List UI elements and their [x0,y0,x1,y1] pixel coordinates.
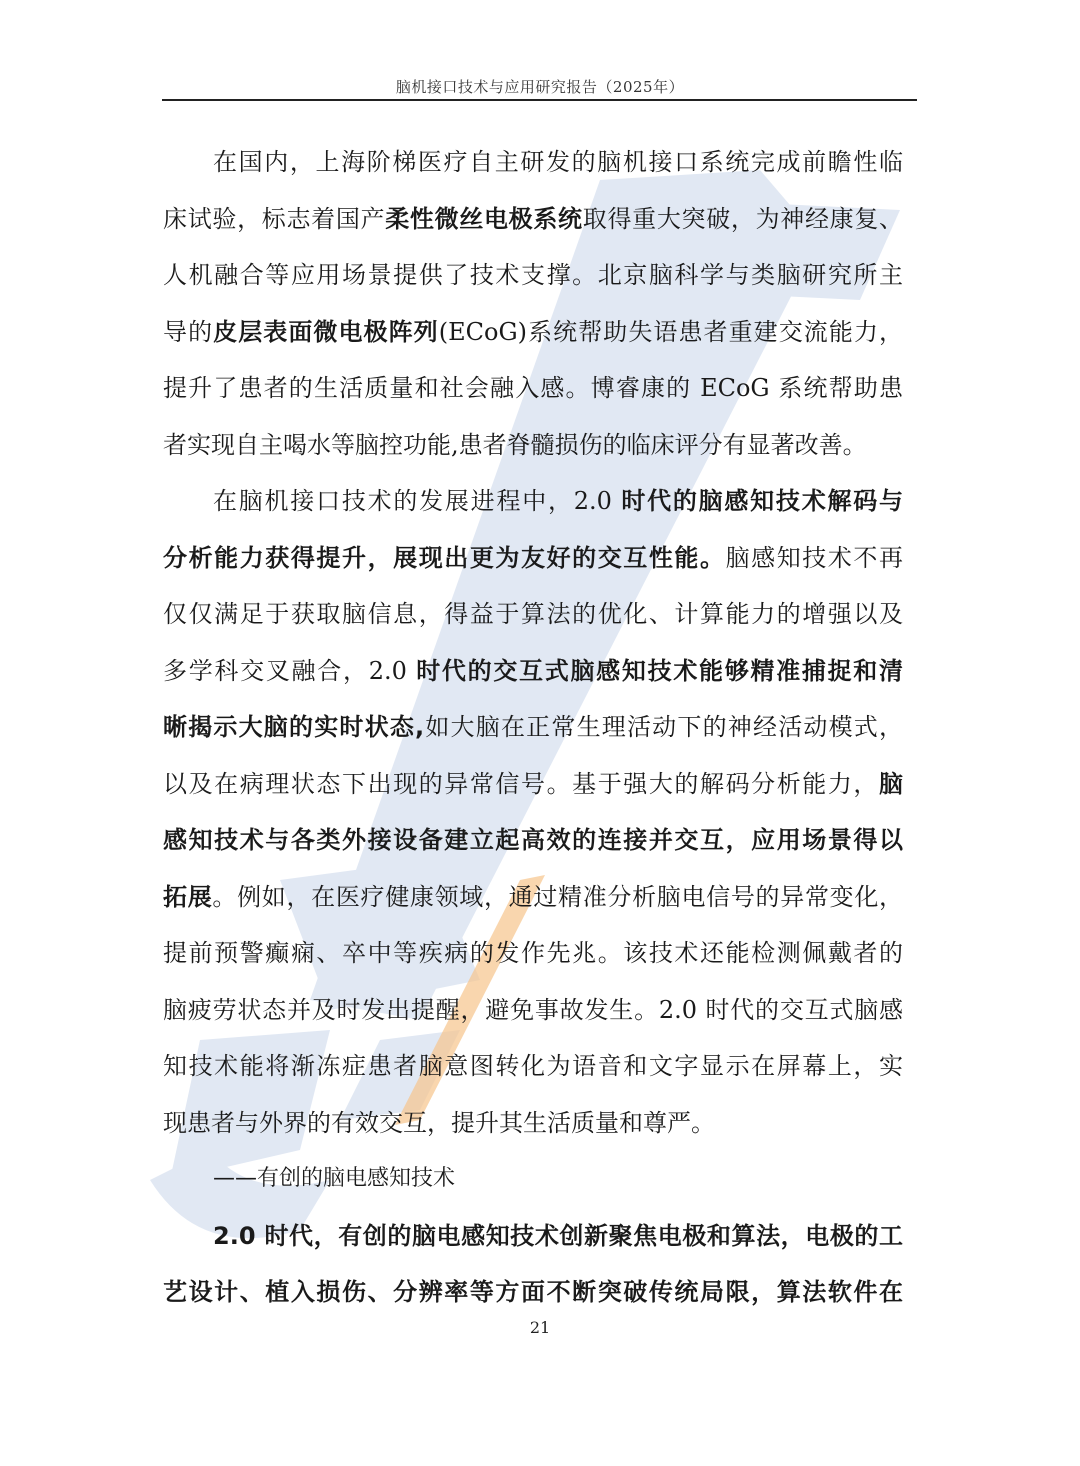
text-run: 仅仅满足于获取脑信息，得益于算法的优化、计算能力的增强以及 [163,600,903,628]
text-run: 在脑机接口技术的发展进程中，2.0 [213,487,621,515]
text-line: 提前预警癫痫、卒中等疾病的发作先兆。该技术还能检测佩戴者的 [163,931,903,988]
text-line: 知技术能将渐冻症患者脑意图转化为语音和文字显示在屏幕上，实 [163,1044,903,1101]
text-line: 晰揭示大脑的实时状态,如大脑在正常生理活动下的神经活动模式， [163,705,903,762]
text-line: 艺设计、植入损伤、分辨率等方面不断突破传统局限，算法软件在 [163,1270,903,1327]
text-run: 以及在病理状态下出现的异常信号。基于强大的解码分析能力， [163,770,879,798]
text-run: 多学科交叉融合，2.0 [163,657,416,685]
text-run: 取得重大突破，为神经康复、 [583,205,903,233]
text-run: 提升了患者的生活质量和社会融入感。博睿康的 ECoG 系统帮助患 [163,374,903,402]
section-subheading: ——有创的脑电感知技术 [163,1157,903,1214]
bold-text: 感知技术与各类外接设备建立起高效的连接并交互，应用场景得以 [163,826,903,854]
text-line: 多学科交叉融合，2.0 时代的交互式脑感知技术能够精准捕捉和清 [163,649,903,706]
paragraph-domestic-progress: 在国内，上海阶梯医疗自主研发的脑机接口系统完成前瞻性临床试验，标志着国产柔性微丝… [163,140,903,479]
header-title: 脑机接口技术与应用研究报告（2025年） [160,76,920,97]
text-line: 现患者与外界的有效交互，提升其生活质量和尊严。 [163,1101,903,1158]
text-line: 提升了患者的生活质量和社会融入感。博睿康的 ECoG 系统帮助患 [163,366,903,423]
text-run: 提前预警癫痫、卒中等疾病的发作先兆。该技术还能检测佩戴者的 [163,939,903,967]
bold-text: 皮层表面微电极阵列 [213,318,439,346]
text-line: 感知技术与各类外接设备建立起高效的连接并交互，应用场景得以 [163,818,903,875]
text-line: 导的皮层表面微电极阵列(ECoG)系统帮助失语患者重建交流能力， [163,310,903,367]
paragraph-invasive-eeg: 2.0 时代，有创的脑电感知技术创新聚焦电极和算法，电极的工艺设计、植入损伤、分… [163,1214,903,1327]
text-line: 床试验，标志着国产柔性微丝电极系统取得重大突破，为神经康复、 [163,197,903,254]
text-run: 知技术能将渐冻症患者脑意图转化为语音和文字显示在屏幕上，实 [163,1052,903,1080]
text-line: 在国内，上海阶梯医疗自主研发的脑机接口系统完成前瞻性临 [163,140,903,197]
text-line: 以及在病理状态下出现的异常信号。基于强大的解码分析能力，脑 [163,762,903,819]
bold-text: 拓展 [163,883,212,911]
text-run: 。例如，在医疗健康领域，通过精准分析脑电信号的异常变化， [212,883,903,911]
text-line: 仅仅满足于获取脑信息，得益于算法的优化、计算能力的增强以及 [163,592,903,649]
text-run: (ECoG)系统帮助失语患者重建交流能力， [439,318,903,346]
text-line: 2.0 时代，有创的脑电感知技术创新聚焦电极和算法，电极的工 [163,1214,903,1271]
text-run: 如大脑在正常生理活动下的神经活动模式， [424,713,903,741]
text-line: 脑疲劳状态并及时发出提醒，避免事故发生。2.0 时代的交互式脑感 [163,988,903,1045]
bold-text: 晰揭示大脑的实时状态, [163,713,424,741]
text-run: 导的 [163,318,213,346]
text-run: 脑疲劳状态并及时发出提醒，避免事故发生。2.0 时代的交互式脑感 [163,996,903,1024]
text-line: 分析能力获得提升，展现出更为友好的交互性能。脑感知技术不再 [163,536,903,593]
text-run: 现患者与外界的有效交互，提升其生活质量和尊严。 [163,1109,715,1137]
bold-text: 脑 [879,770,903,798]
bold-text: 分析能力获得提升，展现出更为友好的交互性能。 [163,544,726,572]
header-divider [162,99,917,101]
bold-text: 时代的交互式脑感知技术能够精准捕捉和清 [416,657,903,685]
text-run: 者实现自主喝水等脑控功能,患者脊髓损伤的临床评分有显著改善。 [163,431,867,459]
text-run: 脑感知技术不再 [726,544,903,572]
text-line: 在脑机接口技术的发展进程中，2.0 时代的脑感知技术解码与 [163,479,903,536]
bold-text: 时代的脑感知技术解码与 [621,487,903,515]
bold-text: 2.0 时代，有创的脑电感知技术创新聚焦电极和算法，电极的工 [213,1222,903,1250]
text-line: 者实现自主喝水等脑控功能,患者脊髓损伤的临床评分有显著改善。 [163,423,903,480]
text-run: 人机融合等应用场景提供了技术支撑。北京脑科学与类脑研究所主 [163,261,903,289]
text-run: 床试验，标志着国产 [163,205,385,233]
text-line: 拓展。例如，在医疗健康领域，通过精准分析脑电信号的异常变化， [163,875,903,932]
document-body: 在国内，上海阶梯医疗自主研发的脑机接口系统完成前瞻性临床试验，标志着国产柔性微丝… [163,140,903,1327]
bold-text: 柔性微丝电极系统 [385,205,583,233]
text-line: 人机融合等应用场景提供了技术支撑。北京脑科学与类脑研究所主 [163,253,903,310]
text-run: 在国内，上海阶梯医疗自主研发的脑机接口系统完成前瞻性临 [213,148,903,176]
paragraph-brain-sensing-2-0: 在脑机接口技术的发展进程中，2.0 时代的脑感知技术解码与分析能力获得提升，展现… [163,479,903,1157]
bold-text: 艺设计、植入损伤、分辨率等方面不断突破传统局限，算法软件在 [163,1278,903,1306]
